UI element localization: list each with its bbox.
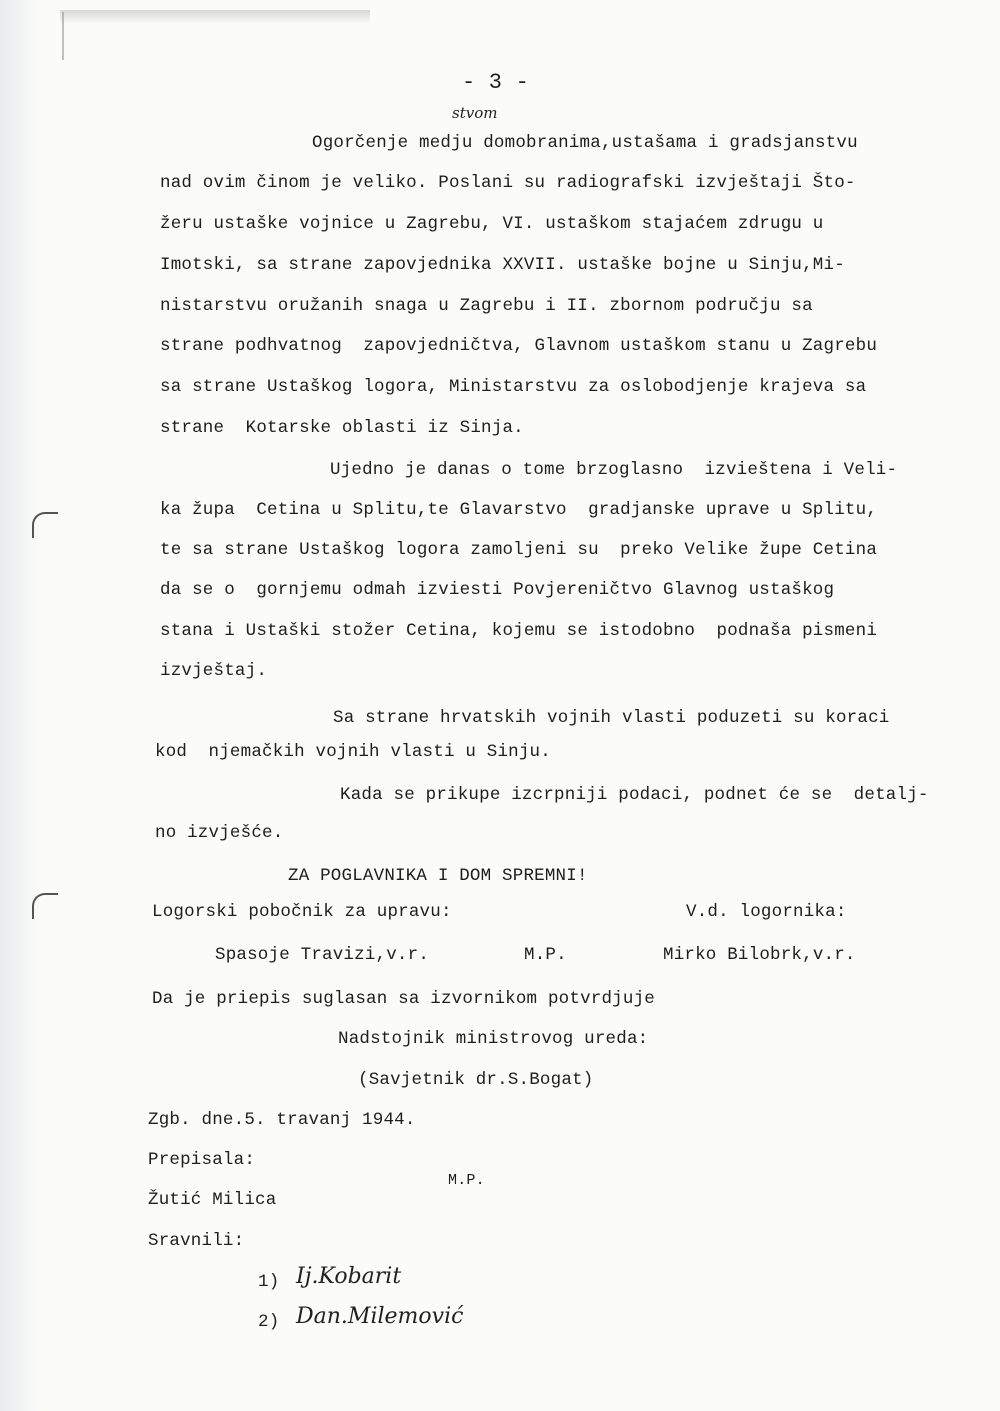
verifier-number: 2) <box>258 1312 279 1332</box>
paper-edge <box>0 0 40 1411</box>
punch-hole-mark <box>32 512 58 538</box>
transcribed-by-label: Prepisala: <box>148 1150 255 1170</box>
handwritten-correction: stvom <box>452 104 497 122</box>
body-line: te sa strane Ustaškog logora zamoljeni s… <box>160 540 877 560</box>
page-number: - 3 - <box>462 70 529 95</box>
body-line: Ujedno je danas o tome brzoglasno izvieš… <box>330 460 897 480</box>
body-line: sa strane Ustaškog logora, Ministarstvu … <box>160 377 866 397</box>
body-line: izvještaj. <box>160 661 267 681</box>
signature-left-name: Spasoje Travizi,v.r. <box>215 945 429 965</box>
body-line: strane Kotarske oblasti iz Sinja. <box>160 418 524 438</box>
transcriber-name: Žutić Milica <box>148 1190 276 1210</box>
signature-right-title: V.d. logornika: <box>686 902 847 922</box>
body-line: žeru ustaške vojnice u Zagrebu, VI. usta… <box>160 214 824 234</box>
body-line: stana i Ustaški stožer Cetina, kojemu se… <box>160 621 877 641</box>
verifier-signature: Ij.Kobarit <box>296 1264 401 1289</box>
verifier-signature: Dan.Milemović <box>296 1304 463 1329</box>
signature-right-name: Mirko Bilobrk,v.r. <box>663 945 856 965</box>
date-line: Zgb. dne.5. travanj 1944. <box>148 1110 416 1130</box>
body-line: Kada se prikupe izcrpniji podaci, podnet… <box>340 785 929 805</box>
salutation: ZA POGLAVNIKA I DOM SPREMNI! <box>288 866 588 886</box>
certification-advisor: (Savjetnik dr.S.Bogat) <box>358 1070 593 1090</box>
certification-text: Da je priepis suglasan sa izvornikom pot… <box>152 989 655 1009</box>
body-line: kod njemačkih vojnih vlasti u Sinju. <box>155 742 551 762</box>
body-line: da se o gornjemu odmah izviesti Povjeren… <box>160 580 834 600</box>
body-line: Sa strane hrvatskih vojnih vlasti poduze… <box>333 708 890 728</box>
stamp-mark: M.P. <box>524 945 567 965</box>
stamp-mark: M.P. <box>448 1172 485 1189</box>
fold-mark <box>62 12 64 60</box>
body-line: Imotski, sa strane zapovjednika XXVII. u… <box>160 255 845 275</box>
body-line: no izvješće. <box>155 823 283 843</box>
body-line: nad ovim činom je veliko. Poslani su rad… <box>160 173 856 193</box>
body-line: ka župa Cetina u Splitu,te Glavarstvo gr… <box>160 500 877 520</box>
body-line: strane podhvatnog zapovjedničtva, Glavno… <box>160 336 877 356</box>
punch-hole-mark <box>32 893 58 919</box>
signature-left-title: Logorski pobočnik za upravu: <box>152 902 452 922</box>
verifier-number: 1) <box>258 1272 279 1292</box>
verified-by-label: Sravnili: <box>148 1231 244 1251</box>
certification-office: Nadstojnik ministrovog ureda: <box>338 1029 648 1049</box>
body-line: Ogorčenje medju domobranima,ustašama i g… <box>312 133 858 153</box>
scan-shadow <box>60 10 370 24</box>
body-line: nistarstvu oružanih snaga u Zagrebu i II… <box>160 296 813 316</box>
